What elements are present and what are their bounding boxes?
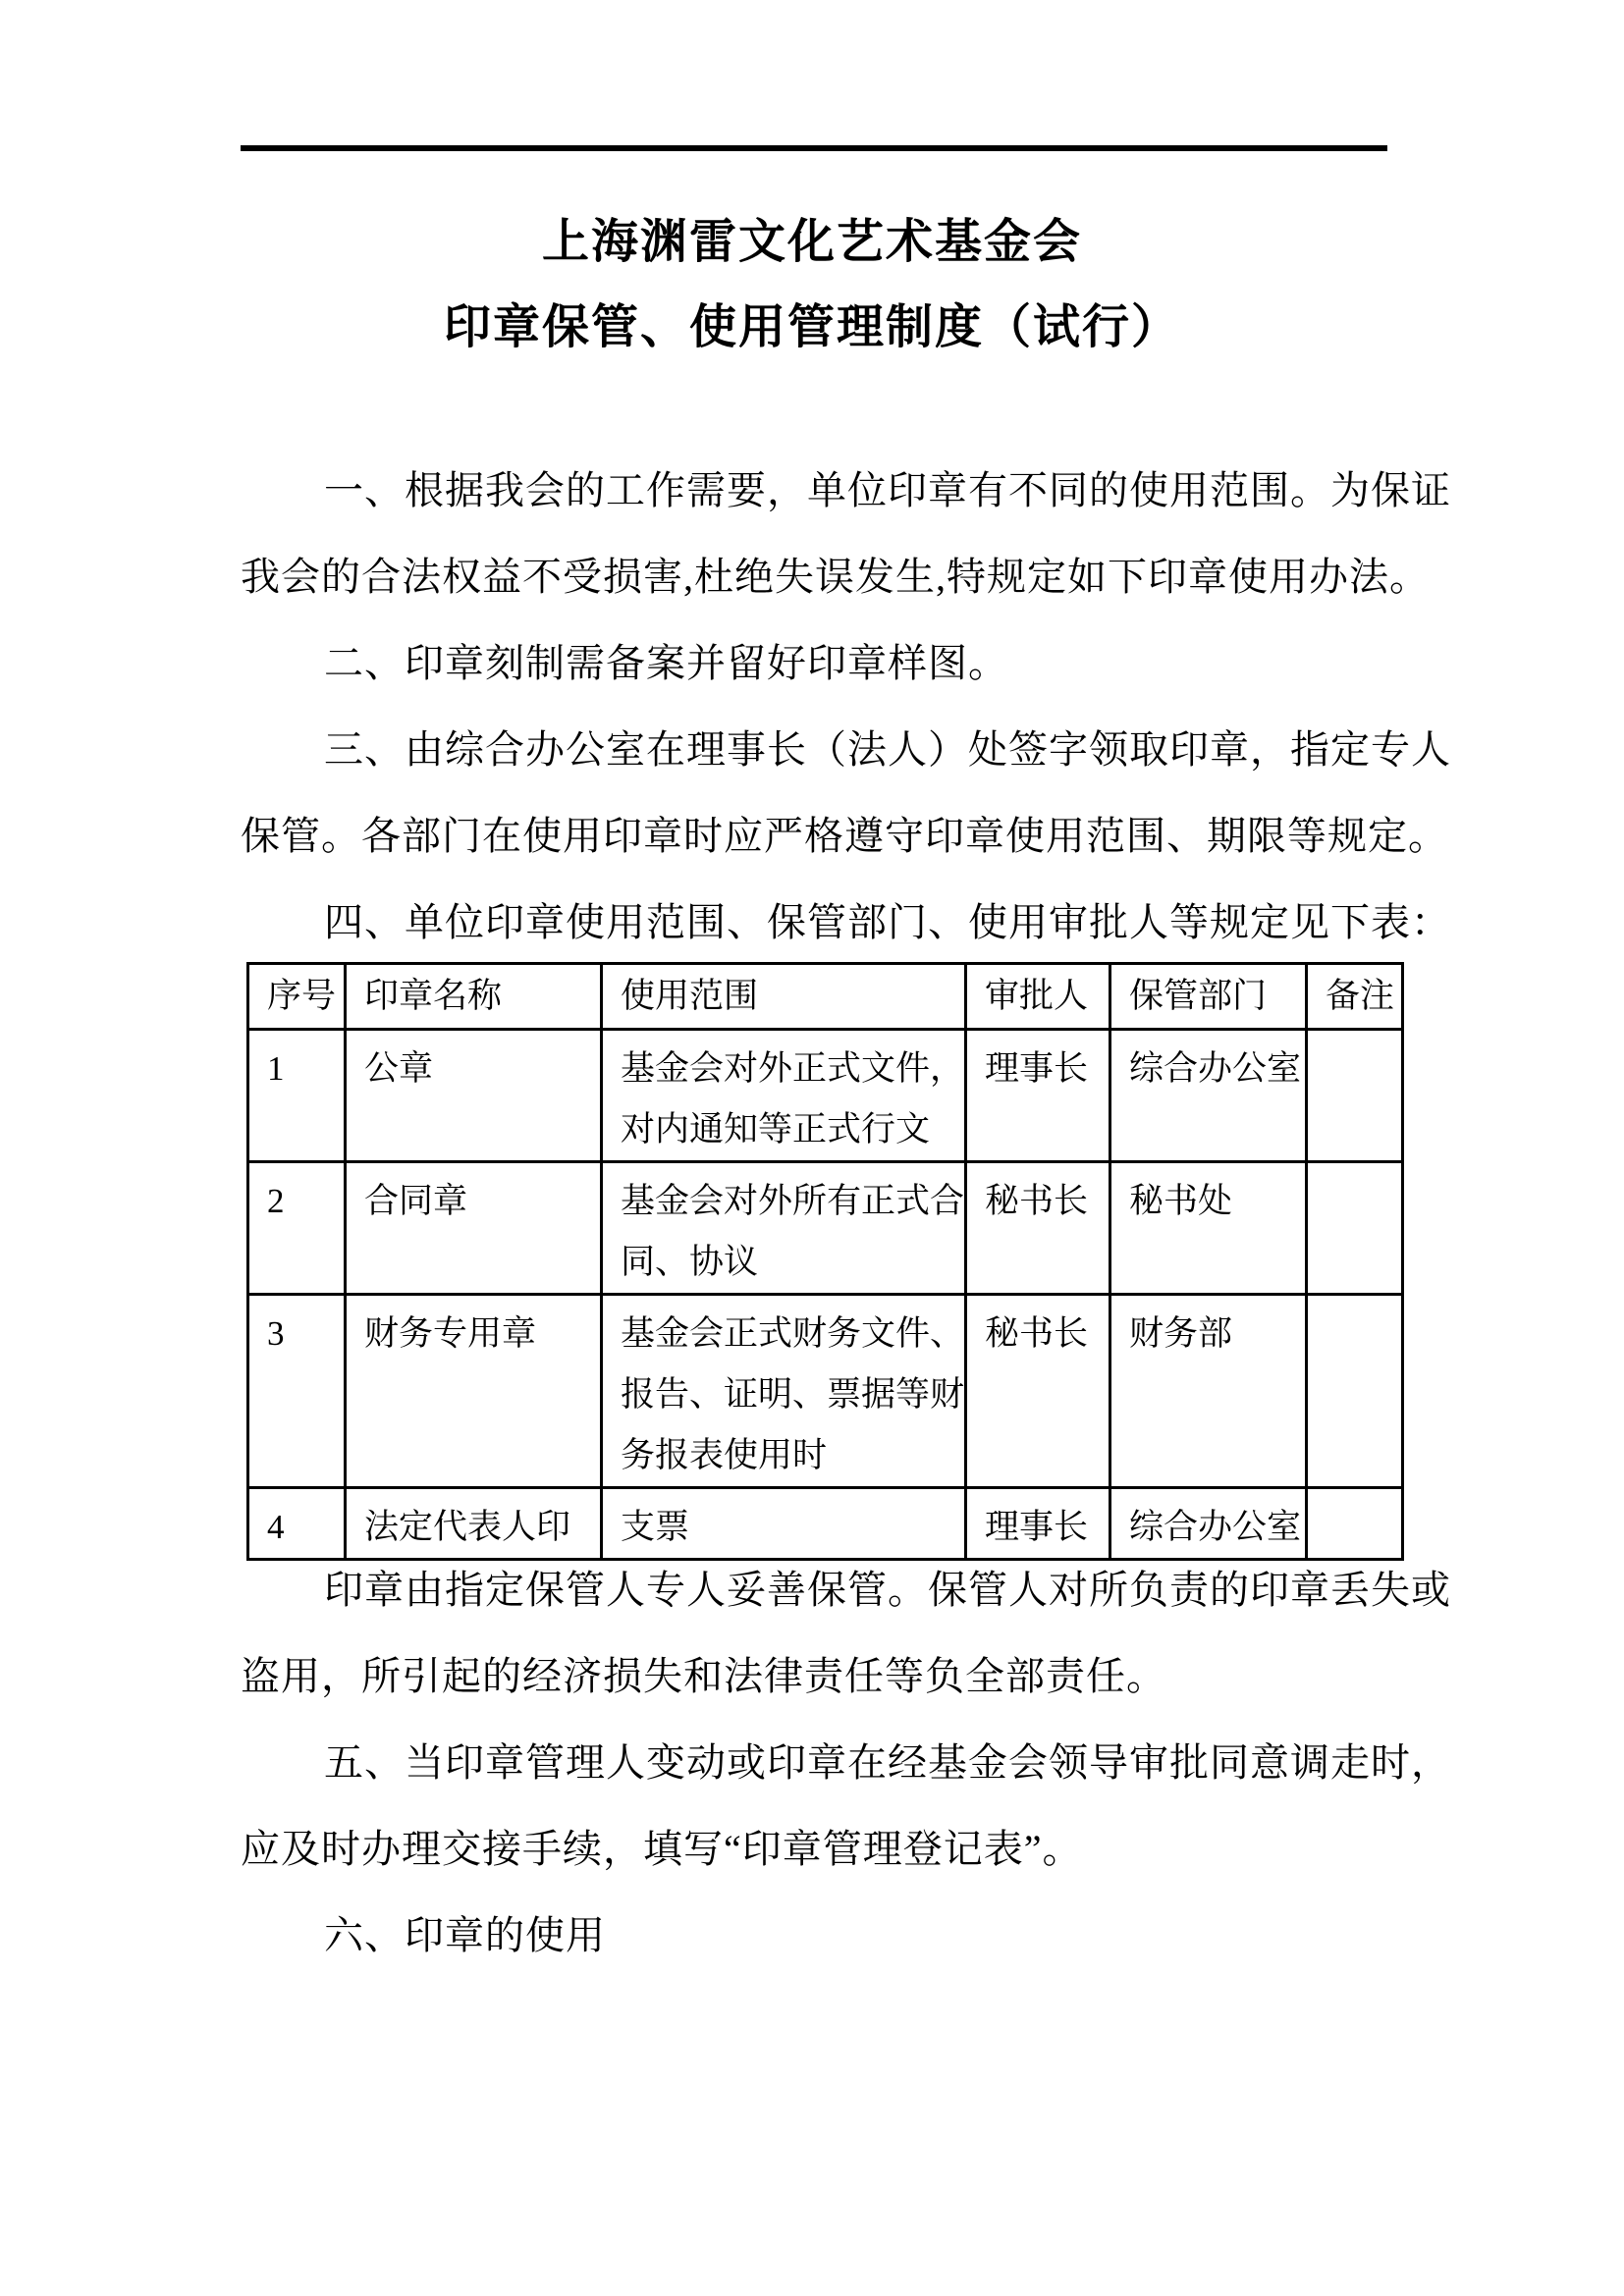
column-header-index: 序号 <box>248 964 346 1030</box>
cell-approver: 理事长 <box>966 1030 1110 1162</box>
column-header-custodian-dept: 保管部门 <box>1110 964 1307 1030</box>
cell-usage-scope: 基金会对外所有正式合 同、协议 <box>602 1162 966 1295</box>
document-title-line2: 印章保管、使用管理制度（试行） <box>0 285 1624 370</box>
cell-remarks <box>1307 1295 1403 1488</box>
column-header-seal-name: 印章名称 <box>346 964 602 1030</box>
paragraph-5-line-2: 应及时办理交接手续，填写“印章管理登记表”。 <box>241 1806 1414 1893</box>
cell-seal-name: 合同章 <box>346 1162 602 1295</box>
paragraph-4-line-1: 四、单位印章使用范围、保管部门、使用审批人等规定见下表： <box>241 880 1414 966</box>
cell-custodian-dept: 财务部 <box>1110 1295 1307 1488</box>
paragraph-2-line-1: 二、印章刻制需备案并留好印章样图。 <box>241 620 1414 707</box>
column-header-remarks: 备注 <box>1307 964 1403 1030</box>
cell-approver: 秘书长 <box>966 1162 1110 1295</box>
header-rule <box>241 145 1387 151</box>
cell-index: 2 <box>248 1162 346 1295</box>
column-header-usage-scope: 使用范围 <box>602 964 966 1030</box>
document-title-line1: 上海渊雷文化艺术基金会 <box>0 199 1624 285</box>
document-page: 上海渊雷文化艺术基金会 印章保管、使用管理制度（试行） 一、根据我会的工作需要，… <box>0 0 1624 2296</box>
body-text-after-table: 印章由指定保管人专人妥善保管。保管人对所负责的印章丢失或 盗用，所引起的经济损失… <box>241 1547 1414 1979</box>
cell-custodian-dept: 秘书处 <box>1110 1162 1307 1295</box>
cell-approver: 秘书长 <box>966 1295 1110 1488</box>
cell-seal-name: 公章 <box>346 1030 602 1162</box>
seal-usage-table: 序号 印章名称 使用范围 审批人 保管部门 备注 1 公章 基金会对外正式文件，… <box>246 962 1404 1561</box>
cell-index: 1 <box>248 1030 346 1162</box>
body-text-before-table: 一、根据我会的工作需要，单位印章有不同的使用范围。为保证 我会的合法权益不受损害… <box>241 448 1414 966</box>
cell-index: 3 <box>248 1295 346 1488</box>
cell-seal-name: 财务专用章 <box>346 1295 602 1488</box>
table-header-row: 序号 印章名称 使用范围 审批人 保管部门 备注 <box>248 964 1403 1030</box>
paragraph-custody-line-2: 盗用，所引起的经济损失和法律责任等负全部责任。 <box>241 1633 1414 1720</box>
document-title: 上海渊雷文化艺术基金会 印章保管、使用管理制度（试行） <box>0 199 1624 370</box>
paragraph-5-line-1: 五、当印章管理人变动或印章在经基金会领导审批同意调走时， <box>241 1720 1414 1806</box>
paragraph-1-line-1: 一、根据我会的工作需要，单位印章有不同的使用范围。为保证 <box>241 448 1414 534</box>
cell-usage-scope: 基金会对外正式文件， 对内通知等正式行文 <box>602 1030 966 1162</box>
paragraph-custody-line-1: 印章由指定保管人专人妥善保管。保管人对所负责的印章丢失或 <box>241 1547 1414 1633</box>
cell-custodian-dept: 综合办公室 <box>1110 1030 1307 1162</box>
paragraph-3-line-1: 三、由综合办公室在理事长（法人）处签字领取印章，指定专人 <box>241 707 1414 793</box>
table-row: 2 合同章 基金会对外所有正式合 同、协议 秘书长 秘书处 <box>248 1162 1403 1295</box>
table-row: 1 公章 基金会对外正式文件， 对内通知等正式行文 理事长 综合办公室 <box>248 1030 1403 1162</box>
cell-remarks <box>1307 1030 1403 1162</box>
cell-usage-scope: 基金会正式财务文件、 报告、证明、票据等财 务报表使用时 <box>602 1295 966 1488</box>
cell-remarks <box>1307 1162 1403 1295</box>
column-header-approver: 审批人 <box>966 964 1110 1030</box>
paragraph-6-line-1: 六、印章的使用 <box>241 1893 1414 1979</box>
paragraph-1-line-2: 我会的合法权益不受损害,杜绝失误发生,特规定如下印章使用办法。 <box>241 534 1414 620</box>
table-row: 3 财务专用章 基金会正式财务文件、 报告、证明、票据等财 务报表使用时 秘书长… <box>248 1295 1403 1488</box>
paragraph-3-line-2: 保管。各部门在使用印章时应严格遵守印章使用范围、期限等规定。 <box>241 793 1414 880</box>
